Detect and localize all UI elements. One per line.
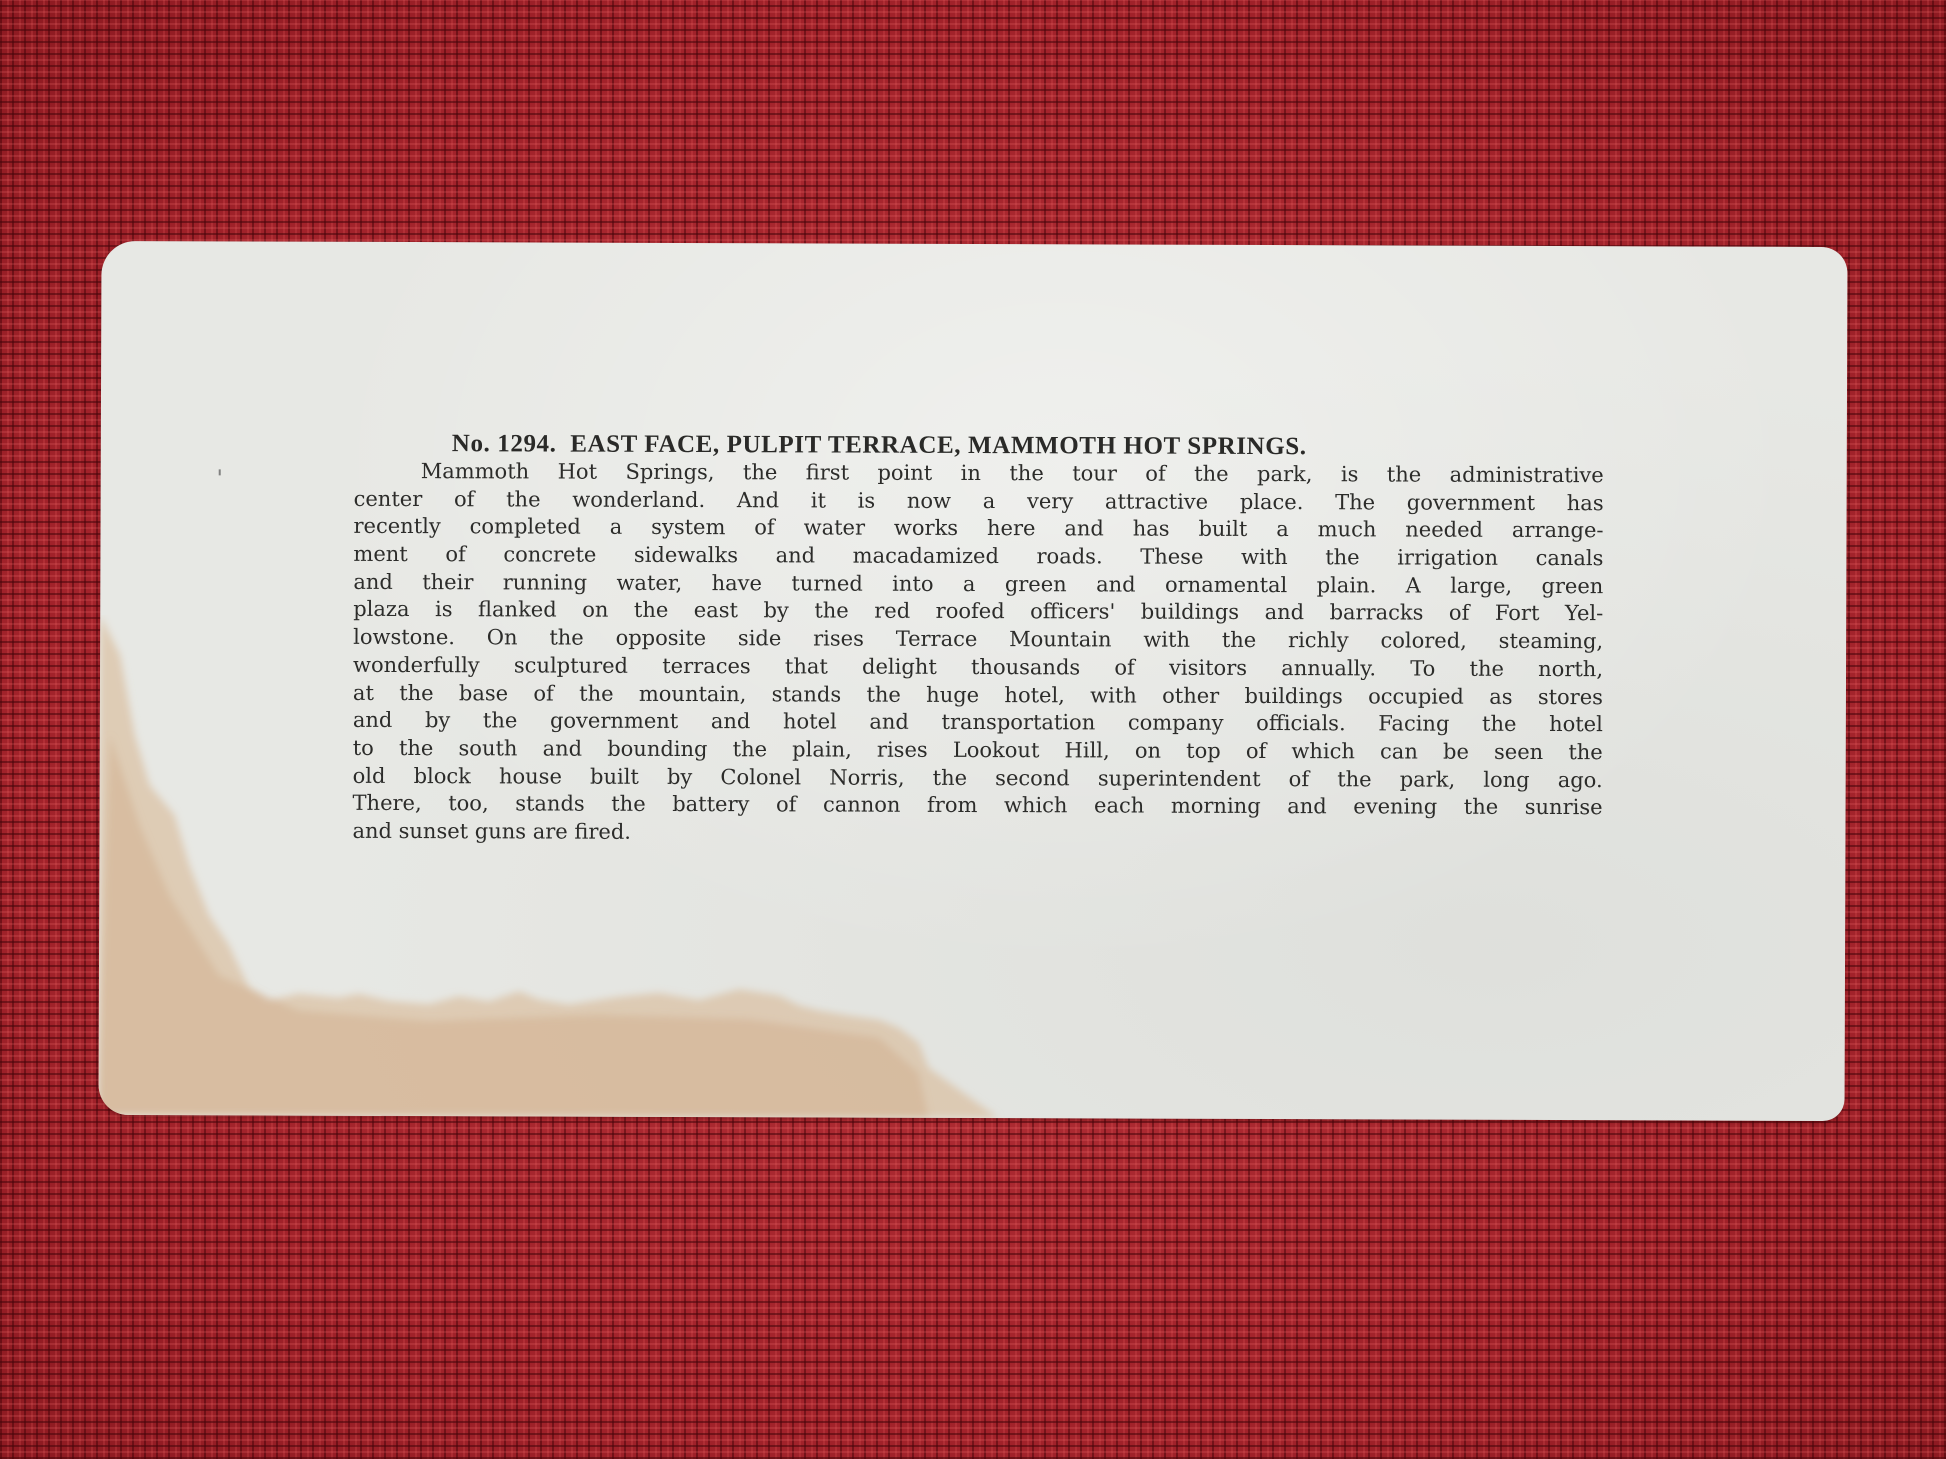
body-line: at the base of the mountain, stands the … (353, 679, 1603, 711)
stereoview-card-back: No. 1294. EAST FACE, PULPIT TERRACE, MAM… (98, 241, 1847, 1121)
body-line: and their running water, have turned int… (353, 569, 1603, 601)
card-title: No. 1294. EAST FACE, PULPIT TERRACE, MAM… (354, 430, 1604, 462)
body-line: ment of concrete sidewalks and macadamiz… (353, 541, 1603, 573)
body-line: to the south and bounding the plain, ris… (353, 735, 1603, 767)
body-line: plaza is flanked on the east by the red … (353, 596, 1603, 628)
body-line: There, too, stands the battery of cannon… (353, 790, 1603, 822)
body-line: old block house built by Colonel Norris,… (353, 762, 1603, 794)
body-line: and sunset guns are fired. (352, 818, 1602, 850)
body-line: center of the wonderland. And it is now … (354, 486, 1604, 518)
body-line: lowstone. On the opposite side rises Ter… (353, 624, 1603, 656)
body-line: and by the government and hotel and tran… (353, 707, 1603, 739)
caption-block: No. 1294. EAST FACE, PULPIT TERRACE, MAM… (352, 430, 1603, 850)
body-line: recently completed a system of water wor… (353, 513, 1603, 545)
paper-speck (219, 469, 221, 475)
body-line: wonderfully sculptured terraces that del… (353, 652, 1603, 684)
body-line: Mammoth Hot Springs, the first point in … (354, 458, 1604, 490)
